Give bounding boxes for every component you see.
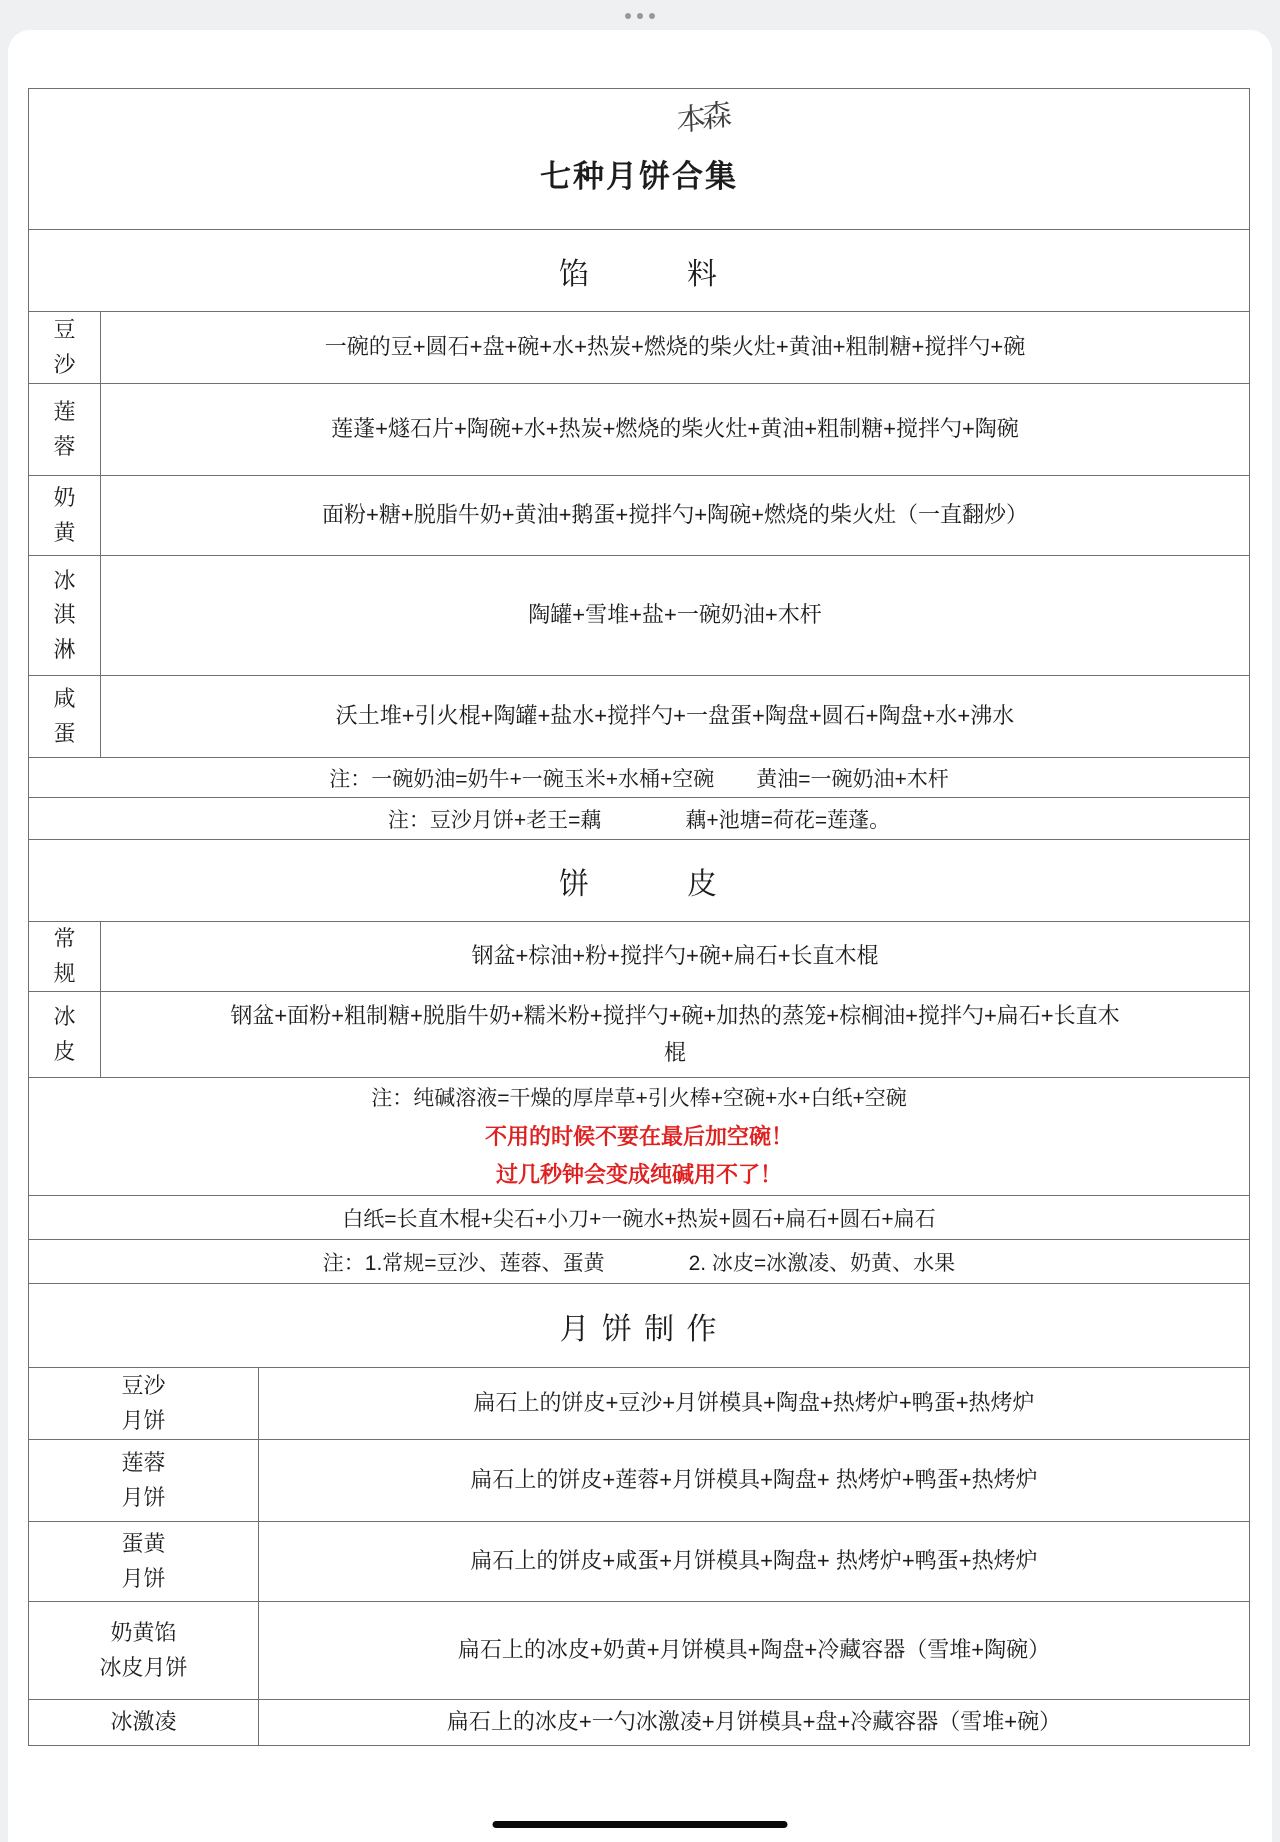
home-indicator[interactable]	[493, 1821, 788, 1828]
filling-note-lotus: 注：豆沙月饼+老王=藕 藕+池塘=荷花=莲蓬。	[29, 797, 1249, 839]
filling-row-saltedegg: 咸 蛋 沃土堆+引火棍+陶罐+盐水+搅拌勺+一盘蛋+陶盘+圆石+陶盘+水+沸水	[29, 675, 1249, 757]
row-label: 冰 淇 淋	[29, 556, 101, 675]
warning-line-1: 不用的时候不要在最后加空碗！	[29, 1118, 1249, 1156]
row-recipe: 扁石上的冰皮+奶黄+月饼模具+陶盘+冷藏容器（雪堆+陶碗）	[259, 1602, 1249, 1699]
row-recipe: 沃土堆+引火棍+陶罐+盐水+搅拌勺+一盘蛋+陶盘+圆石+陶盘+水+沸水	[101, 676, 1249, 757]
making-row-redbean: 豆沙 月饼 扁石上的饼皮+豆沙+月饼模具+陶盘+热烤炉+鸭蛋+热烤炉	[29, 1367, 1249, 1439]
mooncake-table: 本森 七种月饼合集 馅 料 豆 沙 一碗的豆+圆石+盘+碗+水+热炭+燃烧的柴火…	[28, 88, 1250, 1746]
row-label: 蛋黄 月饼	[29, 1522, 259, 1601]
page-title: 七种月饼合集	[29, 151, 1249, 196]
crust-type-note: 注：1.常规=豆沙、莲蓉、蛋黄 2. 冰皮=冰激凌、奶黄、水果	[29, 1239, 1249, 1283]
section-title: 馅 料	[559, 249, 719, 293]
row-label: 豆沙 月饼	[29, 1368, 259, 1439]
row-label: 豆 沙	[29, 312, 101, 383]
row-recipe: 钢盆+面粉+粗制糖+脱脂牛奶+糯米粉+搅拌勺+碗+加热的蒸笼+棕榈油+搅拌勺+扁…	[101, 992, 1249, 1077]
row-label: 冰激凌	[29, 1700, 259, 1745]
handwritten-watermark: 本森	[675, 89, 728, 140]
section-header-making: 月 饼 制 作	[29, 1283, 1249, 1367]
filling-row-custard: 奶 黄 面粉+糖+脱脂牛奶+黄油+鹅蛋+搅拌勺+陶碗+燃烧的柴火灶（一直翻炒）	[29, 475, 1249, 555]
row-label: 常 规	[29, 922, 101, 991]
row-label: 咸 蛋	[29, 676, 101, 757]
title-row: 本森 七种月饼合集	[29, 89, 1249, 229]
dot-icon	[637, 13, 643, 19]
row-recipe: 扁石上的冰皮+一勺冰激凌+月饼模具+盘+冷藏容器（雪堆+碗）	[259, 1700, 1249, 1745]
row-label: 奶黄馅 冰皮月饼	[29, 1602, 259, 1699]
row-recipe: 面粉+糖+脱脂牛奶+黄油+鹅蛋+搅拌勺+陶碗+燃烧的柴火灶（一直翻炒）	[101, 476, 1249, 555]
dot-icon	[649, 13, 655, 19]
row-recipe: 一碗的豆+圆石+盘+碗+水+热炭+燃烧的柴火灶+黄油+粗制糖+搅拌勺+碗	[101, 312, 1249, 383]
crust-row-snowy: 冰 皮 钢盆+面粉+粗制糖+脱脂牛奶+糯米粉+搅拌勺+碗+加热的蒸笼+棕榈油+搅…	[29, 991, 1249, 1077]
warning-line-2: 过几秒钟会变成纯碱用不了！	[29, 1156, 1249, 1194]
making-row-lotus: 莲蓉 月饼 扁石上的饼皮+莲蓉+月饼模具+陶盘+ 热烤炉+鸭蛋+热烤炉	[29, 1439, 1249, 1521]
section-title: 饼 皮	[559, 859, 719, 903]
crust-row-regular: 常 规 钢盆+棕油+粉+搅拌勺+碗+扁石+长直木棍	[29, 921, 1249, 991]
section-header-filling: 馅 料	[29, 229, 1249, 311]
filling-row-redbean: 豆 沙 一碗的豆+圆石+盘+碗+水+热炭+燃烧的柴火灶+黄油+粗制糖+搅拌勺+碗	[29, 311, 1249, 383]
row-label: 奶 黄	[29, 476, 101, 555]
document-card: 本森 七种月饼合集 馅 料 豆 沙 一碗的豆+圆石+盘+碗+水+热炭+燃烧的柴火…	[8, 30, 1272, 1842]
section-header-crust: 饼 皮	[29, 839, 1249, 921]
row-label: 莲 蓉	[29, 384, 101, 475]
filling-note-cream: 注：一碗奶油=奶牛+一碗玉米+水桶+空碗 黄油=一碗奶油+木杆	[29, 757, 1249, 797]
row-recipe: 扁石上的饼皮+莲蓉+月饼模具+陶盘+ 热烤炉+鸭蛋+热烤炉	[259, 1440, 1249, 1521]
row-recipe: 陶罐+雪堆+盐+一碗奶油+木杆	[101, 556, 1249, 675]
row-recipe: 莲蓬+燧石片+陶碗+水+热炭+燃烧的柴火灶+黄油+粗制糖+搅拌勺+陶碗	[101, 384, 1249, 475]
row-recipe: 扁石上的饼皮+咸蛋+月饼模具+陶盘+ 热烤炉+鸭蛋+热烤炉	[259, 1522, 1249, 1601]
dot-icon	[625, 13, 631, 19]
row-recipe: 钢盆+棕油+粉+搅拌勺+碗+扁石+长直木棍	[101, 922, 1249, 991]
more-options-button[interactable]	[621, 9, 659, 23]
filling-row-lotus: 莲 蓉 莲蓬+燧石片+陶碗+水+热炭+燃烧的柴火灶+黄油+粗制糖+搅拌勺+陶碗	[29, 383, 1249, 475]
soda-note: 注：纯碱溶液=干燥的厚岸草+引火棒+空碗+水+白纸+空碗	[29, 1080, 1249, 1118]
making-row-yolk: 蛋黄 月饼 扁石上的饼皮+咸蛋+月饼模具+陶盘+ 热烤炉+鸭蛋+热烤炉	[29, 1521, 1249, 1601]
row-recipe: 扁石上的饼皮+豆沙+月饼模具+陶盘+热烤炉+鸭蛋+热烤炉	[259, 1368, 1249, 1439]
paper-note: 白纸=长直木棍+尖石+小刀+一碗水+热炭+圆石+扁石+圆石+扁石	[29, 1195, 1249, 1239]
filling-row-icecream: 冰 淇 淋 陶罐+雪堆+盐+一碗奶油+木杆	[29, 555, 1249, 675]
row-label: 冰 皮	[29, 992, 101, 1077]
row-label: 莲蓉 月饼	[29, 1440, 259, 1521]
crust-soda-note-block: 注：纯碱溶液=干燥的厚岸草+引火棒+空碗+水+白纸+空碗 不用的时候不要在最后加…	[29, 1077, 1249, 1195]
making-row-icecream: 冰激凌 扁石上的冰皮+一勺冰激凌+月饼模具+盘+冷藏容器（雪堆+碗）	[29, 1699, 1249, 1745]
section-title: 月 饼 制 作	[559, 1304, 718, 1348]
making-row-custard-snowy: 奶黄馅 冰皮月饼 扁石上的冰皮+奶黄+月饼模具+陶盘+冷藏容器（雪堆+陶碗）	[29, 1601, 1249, 1699]
